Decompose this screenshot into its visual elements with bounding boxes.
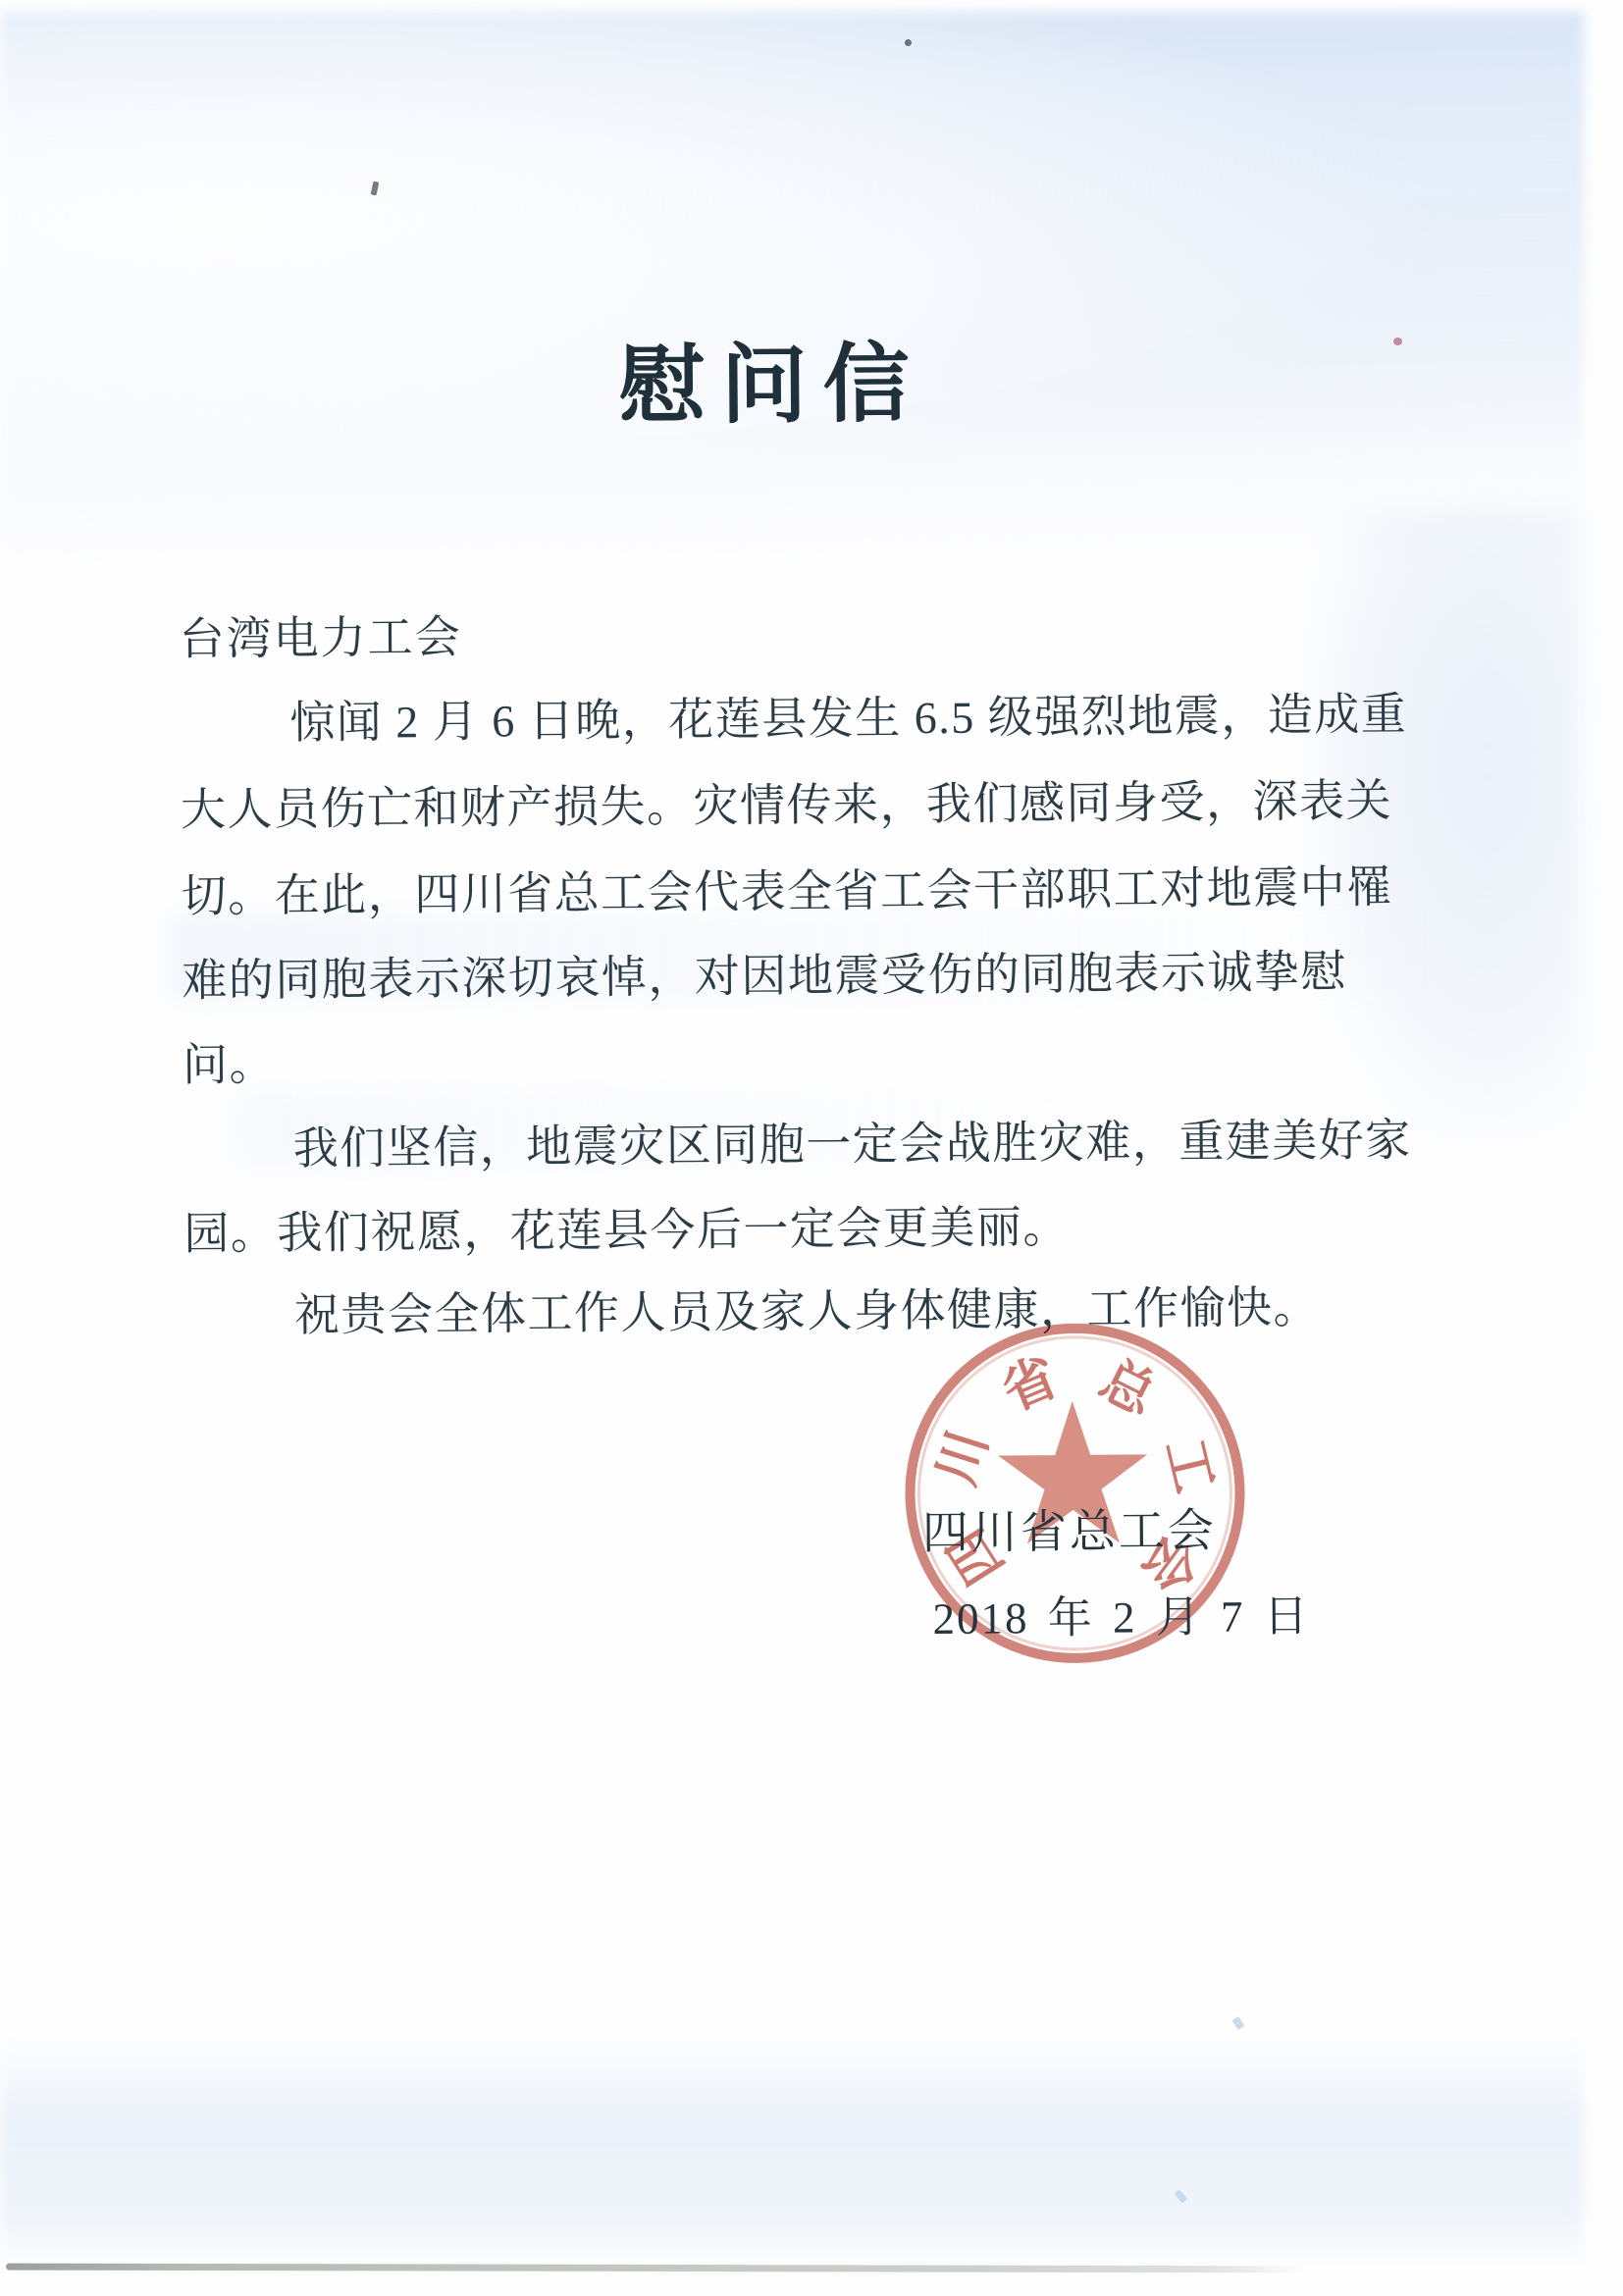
seal-ring-char: 省 [994, 1347, 1066, 1422]
seal-ring-char: 川 [926, 1424, 998, 1492]
signature-date: 2018 年 2 月 7 日 [932, 1580, 1310, 1646]
signature-org: 四川省总工会 [922, 1494, 1218, 1562]
seal-ring-char: 总 [1091, 1350, 1166, 1427]
seal-ring-char: 工 [1155, 1434, 1225, 1498]
body-line: 惊闻 2 月 6 日晚，花莲县发生 6.5 级强烈地震，造成重 [289, 678, 1407, 748]
letter-content: 慰问信 台湾电力工会 惊闻 2 月 6 日晚，花莲县发生 6.5 级强烈地震，造… [0, 0, 1623, 2296]
body-line: 切。在此，四川省总工会代表全省工会干部职工对地震中罹 [181, 851, 1392, 921]
body-line: 大人员伤亡和财产损失。灾情传来，我们感同身受，深表关 [181, 764, 1392, 835]
body-line: 园。我们祝愿，花莲县今后一定会更美丽。 [183, 1191, 1070, 1259]
scanned-letter-page: 慰问信 台湾电力工会 惊闻 2 月 6 日晚，花莲县发生 6.5 级强烈地震，造… [0, 0, 1623, 2296]
letter-title: 慰问信 [618, 315, 925, 441]
body-line: 问。 [183, 1028, 276, 1090]
body-line: 我们坚信，地震灾区同胞一定会战胜灾难，重建美好家 [292, 1104, 1411, 1174]
body-line: 难的同胞表示深切哀悼，对因地震受伤的同胞表示诚挚慰 [182, 936, 1347, 1006]
salutation: 台湾电力工会 [179, 601, 462, 668]
